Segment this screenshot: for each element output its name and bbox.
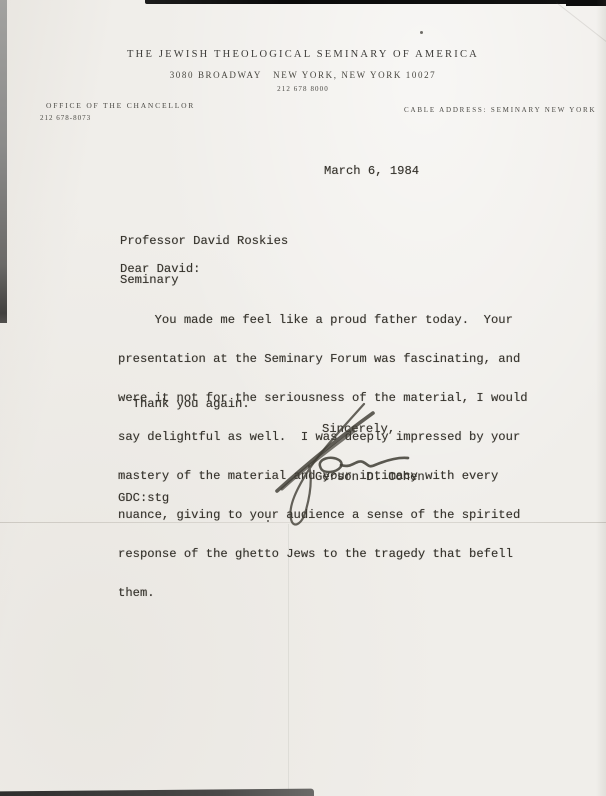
scan-speck <box>420 31 423 34</box>
scan-right-edge-shade <box>596 0 606 796</box>
scan-artifact-top-bar <box>145 0 606 4</box>
letter-body: You made me feel like a proud father tod… <box>118 288 528 626</box>
scanned-letter-page: THE JEWISH THEOLOGICAL SEMINARY OF AMERI… <box>0 0 606 796</box>
signer-typed-name: Gerson D. Cohen <box>315 471 425 484</box>
scan-artifact-bottom-bar <box>0 789 314 796</box>
body-line: them. <box>118 587 528 600</box>
body-line: response of the ghetto Jews to the trage… <box>118 548 528 561</box>
closing-line: Sincerely, <box>322 423 395 436</box>
thanks-line: Thank you again. <box>118 398 250 411</box>
letterhead-org-name: THE JEWISH THEOLOGICAL SEMINARY OF AMERI… <box>0 49 606 60</box>
letterhead-cable-address: CABLE ADDRESS: SEMINARY NEW YORK <box>404 106 596 114</box>
body-line: presentation at the Seminary Forum was f… <box>118 353 528 366</box>
salutation: Dear David: <box>120 263 200 276</box>
letterhead-phone: 212 678 8000 <box>0 85 606 93</box>
body-line: nuance, giving to your audience a sense … <box>118 509 528 522</box>
letterhead-office-phone: 212 678-8073 <box>40 114 91 122</box>
body-line: You made me feel like a proud father tod… <box>118 314 528 327</box>
letter-date: March 6, 1984 <box>324 165 419 178</box>
recipient-line: Professor David Roskies <box>120 235 288 248</box>
letterhead-office: OFFICE OF THE CHANCELLOR <box>46 101 195 110</box>
reference-initials: GDC:stg <box>118 492 169 505</box>
letterhead-address: 3080 BROADWAY NEW YORK, NEW YORK 10027 <box>0 70 606 80</box>
